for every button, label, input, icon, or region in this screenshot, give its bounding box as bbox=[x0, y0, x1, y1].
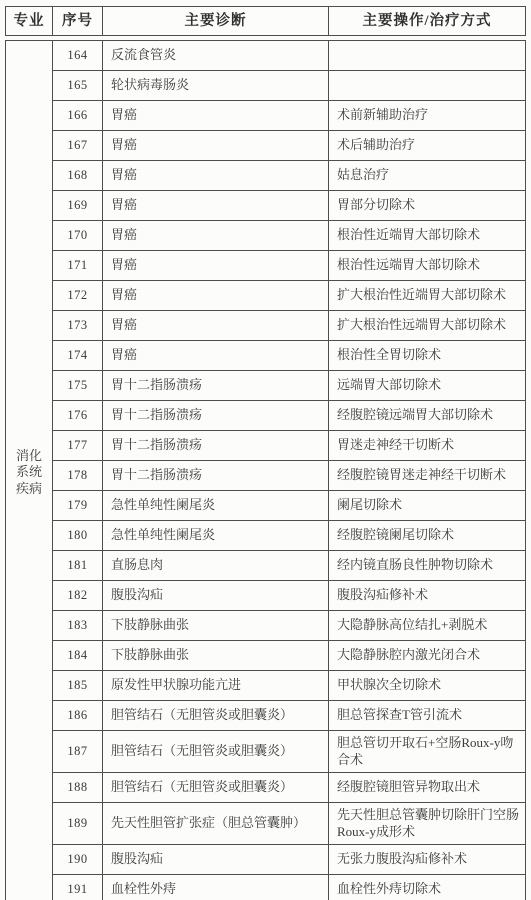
table-row: 190腹股沟疝无张力腹股沟疝修补术 bbox=[6, 845, 526, 875]
treatment-cell: 术后辅助治疗 bbox=[329, 131, 526, 161]
row-number-cell: 176 bbox=[53, 401, 103, 431]
diagnosis-cell: 胃癌 bbox=[103, 281, 329, 311]
row-number-cell: 178 bbox=[53, 461, 103, 491]
diagnosis-cell: 胃癌 bbox=[103, 131, 329, 161]
treatment-cell: 大隐静脉高位结扎+剥脱术 bbox=[329, 611, 526, 641]
table-row: 165轮状病毒肠炎 bbox=[6, 71, 526, 101]
diagnosis-cell: 急性单纯性阑尾炎 bbox=[103, 491, 329, 521]
table-row: 191血栓性外痔血栓性外痔切除术 bbox=[6, 875, 526, 900]
table-body: 消化系统疾病164反流食管炎165轮状病毒肠炎166胃癌术前新辅助治疗167胃癌… bbox=[5, 40, 526, 900]
row-number-cell: 167 bbox=[53, 131, 103, 161]
treatment-cell: 血栓性外痔切除术 bbox=[329, 875, 526, 900]
table-row: 185原发性甲状腺功能亢进甲状腺次全切除术 bbox=[6, 671, 526, 701]
diagnosis-cell: 胃十二指肠溃疡 bbox=[103, 401, 329, 431]
treatment-cell bbox=[329, 71, 526, 101]
treatment-cell: 远端胃大部切除术 bbox=[329, 371, 526, 401]
row-number-cell: 172 bbox=[53, 281, 103, 311]
row-number-cell: 174 bbox=[53, 341, 103, 371]
diagnosis-cell: 反流食管炎 bbox=[103, 41, 329, 71]
treatment-cell: 经内镜直肠良性肿物切除术 bbox=[329, 551, 526, 581]
table-row: 167胃癌术后辅助治疗 bbox=[6, 131, 526, 161]
row-number-cell: 190 bbox=[53, 845, 103, 875]
table-row: 186胆管结石（无胆管炎或胆囊炎）胆总管探查T管引流术 bbox=[6, 701, 526, 731]
diagnosis-cell: 胃癌 bbox=[103, 311, 329, 341]
diagnosis-cell: 胃癌 bbox=[103, 161, 329, 191]
treatment-cell: 胆总管切开取石+空肠Roux-y吻合术 bbox=[329, 731, 526, 773]
diagnosis-cell: 直肠息肉 bbox=[103, 551, 329, 581]
treatment-cell: 根治性近端胃大部切除术 bbox=[329, 221, 526, 251]
row-number-cell: 166 bbox=[53, 101, 103, 131]
diagnosis-cell: 胆管结石（无胆管炎或胆囊炎） bbox=[103, 773, 329, 803]
row-number-cell: 191 bbox=[53, 875, 103, 900]
row-number-cell: 181 bbox=[53, 551, 103, 581]
row-number-cell: 179 bbox=[53, 491, 103, 521]
treatment-cell: 阑尾切除术 bbox=[329, 491, 526, 521]
document-page: 专业 序号 主要诊断 主要操作/治疗方式 消化系统疾病164反流食管炎165轮状… bbox=[5, 6, 526, 900]
table-row: 172胃癌扩大根治性近端胃大部切除术 bbox=[6, 281, 526, 311]
diagnosis-cell: 胃十二指肠溃疡 bbox=[103, 461, 329, 491]
treatment-cell: 经腹腔镜胃迷走神经干切断术 bbox=[329, 461, 526, 491]
row-number-cell: 175 bbox=[53, 371, 103, 401]
diagnosis-cell: 下肢静脉曲张 bbox=[103, 641, 329, 671]
row-number-cell: 169 bbox=[53, 191, 103, 221]
treatment-cell: 姑息治疗 bbox=[329, 161, 526, 191]
treatment-cell: 先天性胆总管囊肿切除肝门空肠Roux-y成形术 bbox=[329, 803, 526, 845]
table-row: 187胆管结石（无胆管炎或胆囊炎）胆总管切开取石+空肠Roux-y吻合术 bbox=[6, 731, 526, 773]
row-number-cell: 173 bbox=[53, 311, 103, 341]
table-row: 189先天性胆管扩张症（胆总管囊肿）先天性胆总管囊肿切除肝门空肠Roux-y成形… bbox=[6, 803, 526, 845]
header-cell-diagnosis: 主要诊断 bbox=[103, 7, 329, 36]
diagnosis-cell: 胃癌 bbox=[103, 191, 329, 221]
table-row: 177胃十二指肠溃疡胃迷走神经干切断术 bbox=[6, 431, 526, 461]
table-row: 182腹股沟疝腹股沟疝修补术 bbox=[6, 581, 526, 611]
table-row: 179急性单纯性阑尾炎阑尾切除术 bbox=[6, 491, 526, 521]
treatment-cell: 根治性远端胃大部切除术 bbox=[329, 251, 526, 281]
treatment-cell: 扩大根治性近端胃大部切除术 bbox=[329, 281, 526, 311]
table-row: 169胃癌胃部分切除术 bbox=[6, 191, 526, 221]
table-row: 170胃癌根治性近端胃大部切除术 bbox=[6, 221, 526, 251]
treatment-cell bbox=[329, 41, 526, 71]
row-number-cell: 183 bbox=[53, 611, 103, 641]
diagnosis-cell: 腹股沟疝 bbox=[103, 845, 329, 875]
diagnosis-cell: 胃十二指肠溃疡 bbox=[103, 371, 329, 401]
treatment-cell: 大隐静脉腔内激光闭合术 bbox=[329, 641, 526, 671]
treatment-cell: 经腹腔镜阑尾切除术 bbox=[329, 521, 526, 551]
row-number-cell: 168 bbox=[53, 161, 103, 191]
treatment-cell: 胃部分切除术 bbox=[329, 191, 526, 221]
header-cell-number: 序号 bbox=[53, 7, 103, 36]
treatment-cell: 经腹腔镜远端胃大部切除术 bbox=[329, 401, 526, 431]
diagnosis-cell: 原发性甲状腺功能亢进 bbox=[103, 671, 329, 701]
treatment-cell: 经腹腔镜胆管异物取出术 bbox=[329, 773, 526, 803]
treatment-cell: 胆总管探查T管引流术 bbox=[329, 701, 526, 731]
table-row: 183下肢静脉曲张大隐静脉高位结扎+剥脱术 bbox=[6, 611, 526, 641]
diagnosis-cell: 胃十二指肠溃疡 bbox=[103, 431, 329, 461]
row-number-cell: 180 bbox=[53, 521, 103, 551]
header-cell-specialty: 专业 bbox=[6, 7, 53, 36]
treatment-cell: 扩大根治性远端胃大部切除术 bbox=[329, 311, 526, 341]
row-number-cell: 171 bbox=[53, 251, 103, 281]
diagnosis-cell: 胃癌 bbox=[103, 101, 329, 131]
treatment-cell: 无张力腹股沟疝修补术 bbox=[329, 845, 526, 875]
table-row: 174胃癌根治性全胃切除术 bbox=[6, 341, 526, 371]
diagnosis-cell: 下肢静脉曲张 bbox=[103, 611, 329, 641]
treatment-cell: 甲状腺次全切除术 bbox=[329, 671, 526, 701]
diagnosis-cell: 胃癌 bbox=[103, 251, 329, 281]
table-row: 173胃癌扩大根治性远端胃大部切除术 bbox=[6, 311, 526, 341]
table-header: 专业 序号 主要诊断 主要操作/治疗方式 bbox=[5, 6, 526, 36]
row-number-cell: 165 bbox=[53, 71, 103, 101]
header-cell-treatment: 主要操作/治疗方式 bbox=[329, 7, 526, 36]
row-number-cell: 185 bbox=[53, 671, 103, 701]
row-number-cell: 184 bbox=[53, 641, 103, 671]
row-number-cell: 186 bbox=[53, 701, 103, 731]
table-row: 178胃十二指肠溃疡经腹腔镜胃迷走神经干切断术 bbox=[6, 461, 526, 491]
diagnosis-cell: 胆管结石（无胆管炎或胆囊炎） bbox=[103, 731, 329, 773]
row-number-cell: 177 bbox=[53, 431, 103, 461]
table-row: 175胃十二指肠溃疡远端胃大部切除术 bbox=[6, 371, 526, 401]
table-row: 184下肢静脉曲张大隐静脉腔内激光闭合术 bbox=[6, 641, 526, 671]
treatment-cell: 根治性全胃切除术 bbox=[329, 341, 526, 371]
table-row: 171胃癌根治性远端胃大部切除术 bbox=[6, 251, 526, 281]
diagnosis-cell: 胃癌 bbox=[103, 341, 329, 371]
table-row: 181直肠息肉经内镜直肠良性肿物切除术 bbox=[6, 551, 526, 581]
row-number-cell: 182 bbox=[53, 581, 103, 611]
table-row: 166胃癌术前新辅助治疗 bbox=[6, 101, 526, 131]
table-row: 176胃十二指肠溃疡经腹腔镜远端胃大部切除术 bbox=[6, 401, 526, 431]
diagnosis-cell: 胃癌 bbox=[103, 221, 329, 251]
row-number-cell: 170 bbox=[53, 221, 103, 251]
treatment-cell: 腹股沟疝修补术 bbox=[329, 581, 526, 611]
specialty-cell: 消化系统疾病 bbox=[6, 41, 53, 900]
diagnosis-cell: 先天性胆管扩张症（胆总管囊肿） bbox=[103, 803, 329, 845]
row-number-cell: 189 bbox=[53, 803, 103, 845]
table-row: 188胆管结石（无胆管炎或胆囊炎）经腹腔镜胆管异物取出术 bbox=[6, 773, 526, 803]
diagnosis-cell: 急性单纯性阑尾炎 bbox=[103, 521, 329, 551]
diagnosis-cell: 血栓性外痔 bbox=[103, 875, 329, 900]
row-number-cell: 188 bbox=[53, 773, 103, 803]
diagnosis-cell: 轮状病毒肠炎 bbox=[103, 71, 329, 101]
row-number-cell: 187 bbox=[53, 731, 103, 773]
treatment-cell: 术前新辅助治疗 bbox=[329, 101, 526, 131]
row-number-cell: 164 bbox=[53, 41, 103, 71]
diagnosis-cell: 胆管结石（无胆管炎或胆囊炎） bbox=[103, 701, 329, 731]
diagnosis-cell: 腹股沟疝 bbox=[103, 581, 329, 611]
table-row: 168胃癌姑息治疗 bbox=[6, 161, 526, 191]
table-row: 180急性单纯性阑尾炎经腹腔镜阑尾切除术 bbox=[6, 521, 526, 551]
treatment-cell: 胃迷走神经干切断术 bbox=[329, 431, 526, 461]
table-row: 消化系统疾病164反流食管炎 bbox=[6, 41, 526, 71]
